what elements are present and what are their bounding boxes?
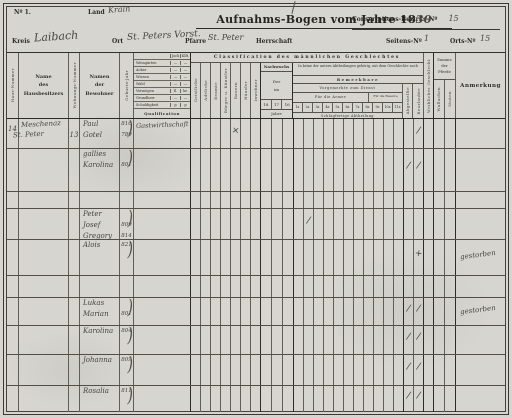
horses-sub-label-2: Stuten [447,91,452,107]
cell-t7 [251,209,261,239]
cell-wohn [69,209,80,239]
classification-main: Vorgemerkte zum Dienst Für die Armee Für… [293,84,403,118]
property-label: Wald [134,82,170,86]
cell-s2 [445,209,456,239]
cell-t5 [231,355,241,385]
cell-owner [19,386,69,412]
cell-occ [134,355,191,385]
col-header-property: Joch Klft. Weingärten—— Äcker—— Wiesen——… [134,53,191,118]
cell-t4 [221,276,231,297]
seiten-label: Seitens-Nº [386,38,422,45]
cell-a6 [344,192,354,208]
tick-column: Beamte [211,63,221,118]
class-number-cell: 11a [393,103,402,112]
tally-mark: / [413,160,423,171]
cell-n1 [261,355,272,385]
owner-name-line: St. Peter [11,128,68,141]
classification-body: Vorgemerkte zum Dienst Für die Armee Für… [293,84,423,118]
cell-t5: × [231,119,241,148]
property-value: — [180,61,190,65]
cell-t6 [241,355,251,385]
land-value: Krain [108,4,131,15]
property-units-row: Joch Klft. [134,53,190,60]
cell-a5 [334,355,344,385]
tally-mark: / [413,391,423,402]
resident-name: Paul [80,119,119,130]
cell-a11 [394,240,404,275]
wealth-fl: fl. [170,89,180,93]
cell-t6 [241,240,251,275]
cell-house [7,240,19,275]
wealth-kr: kr. [180,89,190,93]
pfarre-label: Pfarre [185,38,206,45]
classification-line1: In keine der untern Abtheilungen gehörig… [293,63,423,76]
cell-n3 [283,355,294,385]
cell-occ [134,149,191,191]
cell-n3 [283,386,294,412]
cell-a9 [374,326,384,354]
class-number-cell: 9a [373,103,383,112]
cell-a11 [394,276,404,297]
cell-s2 [445,298,456,325]
seiten-value: 1 [424,34,429,43]
property-value: — [180,75,190,79]
cell-a3 [314,386,324,412]
cell-year: 811) [120,386,134,412]
kreis-label: Kreis [12,38,30,45]
pfarre-value: St. Peter [208,33,243,42]
cell-s2 [445,149,456,191]
table-body: 14MeschenazSt. Peter13PaulGotel816789)Ga… [7,119,505,412]
tick-column-label: Beamte [213,82,218,100]
cell-anm [456,326,505,354]
dwelling-number-value: 13 [69,119,79,139]
cell-wohn [69,240,80,275]
land-label: Land [88,9,105,16]
tally-mark: / [303,215,313,226]
cell-wohn [69,355,80,385]
col-header-dwelling-number: Wohnungs-Nummer [69,53,80,118]
orts-value: 15 [480,34,490,43]
cell-a5 [334,276,344,297]
residents-label-3: Bewohner [85,90,113,99]
wealth-kr: — [180,96,190,100]
cell-a6 [344,209,354,239]
cell-a5 [334,209,344,239]
cell-t7 [251,149,261,191]
herrschaft-label: Herrschaft [256,38,292,45]
class-number-row: 1a2a3a4a5a6a7a8a9a10a11a [293,103,402,113]
nachwuchs-unit: Jahre [261,109,292,118]
property-value: — [170,75,180,79]
cell-n3 [283,298,294,325]
wealth-row: Vermögenfl.kr. [134,88,190,95]
reserve-label: Für die Reserve [369,93,402,102]
cell-n2 [272,149,283,191]
cell-names: Johanna [80,355,120,385]
cell-a4 [324,298,334,325]
cell-w1 [424,355,434,385]
cell-a10 [384,298,394,325]
cell-t6 [241,149,251,191]
ort-label: Ort [112,38,123,45]
cell-names [80,192,120,208]
class-number-cell: 6a [343,103,353,112]
tick-column: Häusler [241,63,251,118]
cell-t2 [201,119,211,148]
tally-mark: / [403,303,413,314]
residents-label-1: Namen [90,73,110,82]
cell-t3 [211,119,221,148]
cell-a4 [324,192,334,208]
cell-a10 [384,326,394,354]
cell-names: LukasMarian [80,298,120,325]
cell-m2: / [414,355,424,385]
cell-s1 [434,276,445,297]
cell-year: 801) [120,298,134,325]
cell-t6 [241,298,251,325]
cell-a10 [384,386,394,412]
cell-t7 [251,386,261,412]
cell-a9 [374,209,384,239]
cell-anm [456,149,505,191]
cell-n2 [272,355,283,385]
table-row: LukasMarian801)//gestorben [7,298,505,326]
cell-a3 [314,192,324,208]
tally-mark: / [413,361,423,372]
cell-s1 [434,240,445,275]
cell-a1 [294,326,304,354]
property-value: — [180,82,190,86]
resident-name: Karolina [80,160,119,171]
cell-year: 809814) [120,209,134,239]
cell-t1 [191,355,201,385]
cell-a2 [304,192,314,208]
horses-label: Summe der Pferde [434,53,455,80]
cell-n1 [261,149,272,191]
cell-owner [19,276,69,297]
resident-name: Peter [80,209,119,220]
col-header-remark: Anmerkung [456,53,505,118]
cell-n3 [283,192,294,208]
cell-a10 [384,209,394,239]
cell-t1 [191,298,201,325]
remark-label: Anmerkung [460,83,501,89]
cell-w1 [424,276,434,297]
conscription-table: Haus-Nummer Name des Hausbesitzers Wohnu… [7,52,505,410]
tick-column-label: Bürger u. Künstler [223,68,228,113]
horses-subcol-2: Stuten [445,80,455,118]
cell-t7 [251,276,261,297]
cell-a7 [354,240,364,275]
cell-anm: gestorben [456,298,505,325]
cell-t2 [201,240,211,275]
cell-a8 [364,119,374,148]
col-header-owner: Name des Hausbesitzers [19,53,69,118]
horses-subcol-1: Wallachen [434,80,445,118]
property-value: — [180,68,190,72]
cell-owner [19,149,69,191]
table-row: Karolina804)// [7,326,505,355]
cell-anm [456,209,505,239]
cell-a1 [294,149,304,191]
cell-a9 [374,119,384,148]
cell-a3 [314,209,324,239]
cell-n1 [261,326,272,354]
cell-t2 [201,386,211,412]
cell-house [7,326,19,354]
wealth-fl: — [170,96,180,100]
cell-house [7,209,19,239]
cell-t1 [191,192,201,208]
year-brace-stroke: ) [128,325,133,347]
cell-t4 [221,209,231,239]
cell-t4 [221,386,231,412]
cell-a6 [344,386,354,412]
cell-a5 [334,119,344,148]
cell-occ [134,192,191,208]
tail-column-1: Abgestellte [403,84,413,118]
tail-column-2: Beurlaubte [413,84,423,118]
col-header-classification: Classification des männlichen Geschlecht… [191,53,424,118]
cell-names: PeterJosefGregory [80,209,120,239]
cell-t4 [221,298,231,325]
wealth-label: Vermögen [134,89,170,93]
cell-names: Karolina [80,326,120,354]
col-header-birth-year: Geburts-Jahr [120,53,134,118]
cell-house [7,149,19,191]
cell-s1 [434,149,445,191]
cell-year [120,192,134,208]
owner-label-2: des [39,81,49,90]
cell-a8 [364,192,374,208]
cell-t3 [211,355,221,385]
cell-a9 [374,192,384,208]
cell-a1 [294,298,304,325]
col-header-house-number: Haus-Nummer [7,53,19,118]
cell-t5 [231,149,241,191]
cell-names: Rosalia [80,386,120,412]
cell-n3 [283,119,294,148]
property-row: Wiesen—— [134,74,190,81]
cell-t1 [191,119,201,148]
cell-t2 [201,326,211,354]
cell-w1 [424,209,434,239]
cell-year: 821) [120,240,134,275]
schlagfertige-label: Schlagfertige Abtheilung [293,113,402,118]
cell-w1 [424,386,434,412]
cell-m1 [404,276,414,297]
resident-name: Karolina [80,326,119,337]
cell-s1 [434,209,445,239]
cell-owner [19,209,69,239]
cell-a4 [324,149,334,191]
cell-s2 [445,386,456,412]
classification-right-block: In keine der untern Abtheilungen gehörig… [293,63,423,118]
cell-s2 [445,192,456,208]
tally-mark: / [413,303,423,314]
cell-a7 [354,298,364,325]
cell-t3 [211,192,221,208]
cell-a2 [304,386,314,412]
female-label: Weibliches Geschlecht [426,59,431,113]
tick-column-label: Adeliche [203,80,208,101]
cell-w1 [424,192,434,208]
remark-value: gestorben [460,248,496,260]
wealth-label: Schuldigkeit [134,103,170,107]
vorgemerkte-label: Vorgemerkte zum Dienst [293,84,402,93]
cell-a9 [374,298,384,325]
armee-row: Für die Armee Für die Reserve [293,93,402,103]
property-row: Wald—— [134,81,190,88]
nachwuchs-label: Nachwuchs [261,63,292,72]
cell-a8 [364,209,374,239]
resident-name: Marian [80,309,119,320]
cell-a4 [324,386,334,412]
cell-anm [456,192,505,208]
tail-label-1: Abgestellte [405,87,410,114]
cell-a6 [344,240,354,275]
table-row [7,192,505,209]
cell-occ [134,209,191,239]
cell-t5 [231,240,241,275]
cell-occ [134,240,191,275]
orts-label: Orts-Nº [450,38,476,45]
cell-t3 [211,326,221,354]
table-row: PeterJosefGregory809814)/ [7,209,505,240]
cell-owner [19,240,69,275]
cell-names: galliesKarolina [80,149,120,191]
cell-m2 [414,276,424,297]
cell-m2: / [414,298,424,325]
cell-t5 [231,386,241,412]
property-row: Weingärten—— [134,60,190,67]
cell-a3 [314,326,324,354]
class-number-cell: 10a [383,103,393,112]
nachwuchs-mid: Der im [261,72,292,99]
table-row: Alois821)+gestorben [7,240,505,276]
table-row [7,276,505,298]
cell-t2 [201,149,211,191]
cell-t2 [201,209,211,239]
unit-joch: Joch [170,54,180,58]
cell-owner [19,192,69,208]
cell-n1 [261,240,272,275]
tally-mark: / [413,125,423,136]
nachwuchs-year: 16 [282,100,292,109]
cell-house [7,276,19,297]
cell-t1 [191,386,201,412]
cell-t1 [191,326,201,354]
cell-a8 [364,298,374,325]
form-title-text: Aufnahms-Bogen vom Jahre 18 [216,13,416,26]
tally-mark: / [403,361,413,372]
col-header-female: Weibliches Geschlecht [424,53,434,118]
wealth-label: Grundherr [134,96,170,100]
cell-t1 [191,240,201,275]
cell-house [7,192,19,208]
cell-n2 [272,276,283,297]
cell-a9 [374,386,384,412]
wealth-row: Schuldigkeitpp [134,102,190,109]
cell-t5 [231,276,241,297]
kreis-value: Laibach [34,28,79,44]
cell-a6 [344,119,354,148]
cell-s1 [434,386,445,412]
cell-a7 [354,149,364,191]
cell-a10 [384,355,394,385]
occupation-value: Gastwirthschaft [136,120,189,130]
cell-anm [456,386,505,412]
nachwuchs-years: 18 17 16 [261,99,292,109]
wealth-kr: p [180,103,190,107]
tick-column: Inwohner [251,63,261,118]
cell-n2 [272,240,283,275]
cell-a6 [344,355,354,385]
col-header-horses: Summe der Pferde Wallachen Stuten [434,53,456,118]
cell-t2 [201,298,211,325]
cell-a2: / [304,209,314,239]
form-title: Aufnahms-Bogen vom Jahre 1830 [196,13,452,29]
tally-mark: / [413,332,423,343]
cell-t7 [251,192,261,208]
cell-n1 [261,192,272,208]
cell-n1 [261,209,272,239]
resident-name: Josef [80,220,119,231]
cell-a4 [324,209,334,239]
cell-n2 [272,119,283,148]
cell-w1 [424,240,434,275]
cell-a1 [294,386,304,412]
class-number-cell: 8a [363,103,373,112]
cell-n2 [272,192,283,208]
cell-a5 [334,149,344,191]
property-value: — [170,61,180,65]
cell-a10 [384,276,394,297]
cell-s2 [445,240,456,275]
cell-anm [456,276,505,297]
cell-wohn [69,298,80,325]
cell-m1 [404,209,414,239]
cell-a2 [304,149,314,191]
cell-t3 [211,386,221,412]
col-header-residents: Namen der Bewohner [80,53,120,118]
cell-year: 804) [120,326,134,354]
house-number-label: Haus-Nummer [10,68,15,102]
cell-t2 [201,276,211,297]
cell-a2 [304,298,314,325]
class-number-cell: 5a [333,103,343,112]
cell-n3 [283,276,294,297]
cell-owner [19,326,69,354]
wealth-fl: p [170,103,180,107]
tally-mark: + [413,248,423,259]
horses-subcolumns: Wallachen Stuten [434,80,455,118]
resident-name: Gotel [80,130,119,141]
cell-a1 [294,192,304,208]
cell-t1 [191,276,201,297]
table-row: galliesKarolina801)// [7,149,505,192]
tick-column-label: Geistliche [193,78,198,102]
scanned-conscription-sheet: Nº 1. Land Krain Conscriptions-Bezirks-N… [0,0,512,418]
cell-a2 [304,119,314,148]
cell-w1 [424,149,434,191]
cell-t6 [241,276,251,297]
classification-line2: Bemerkbare [293,76,423,84]
cell-t4 [221,192,231,208]
cell-a1 [294,119,304,148]
year-brace-stroke: ) [128,239,133,261]
